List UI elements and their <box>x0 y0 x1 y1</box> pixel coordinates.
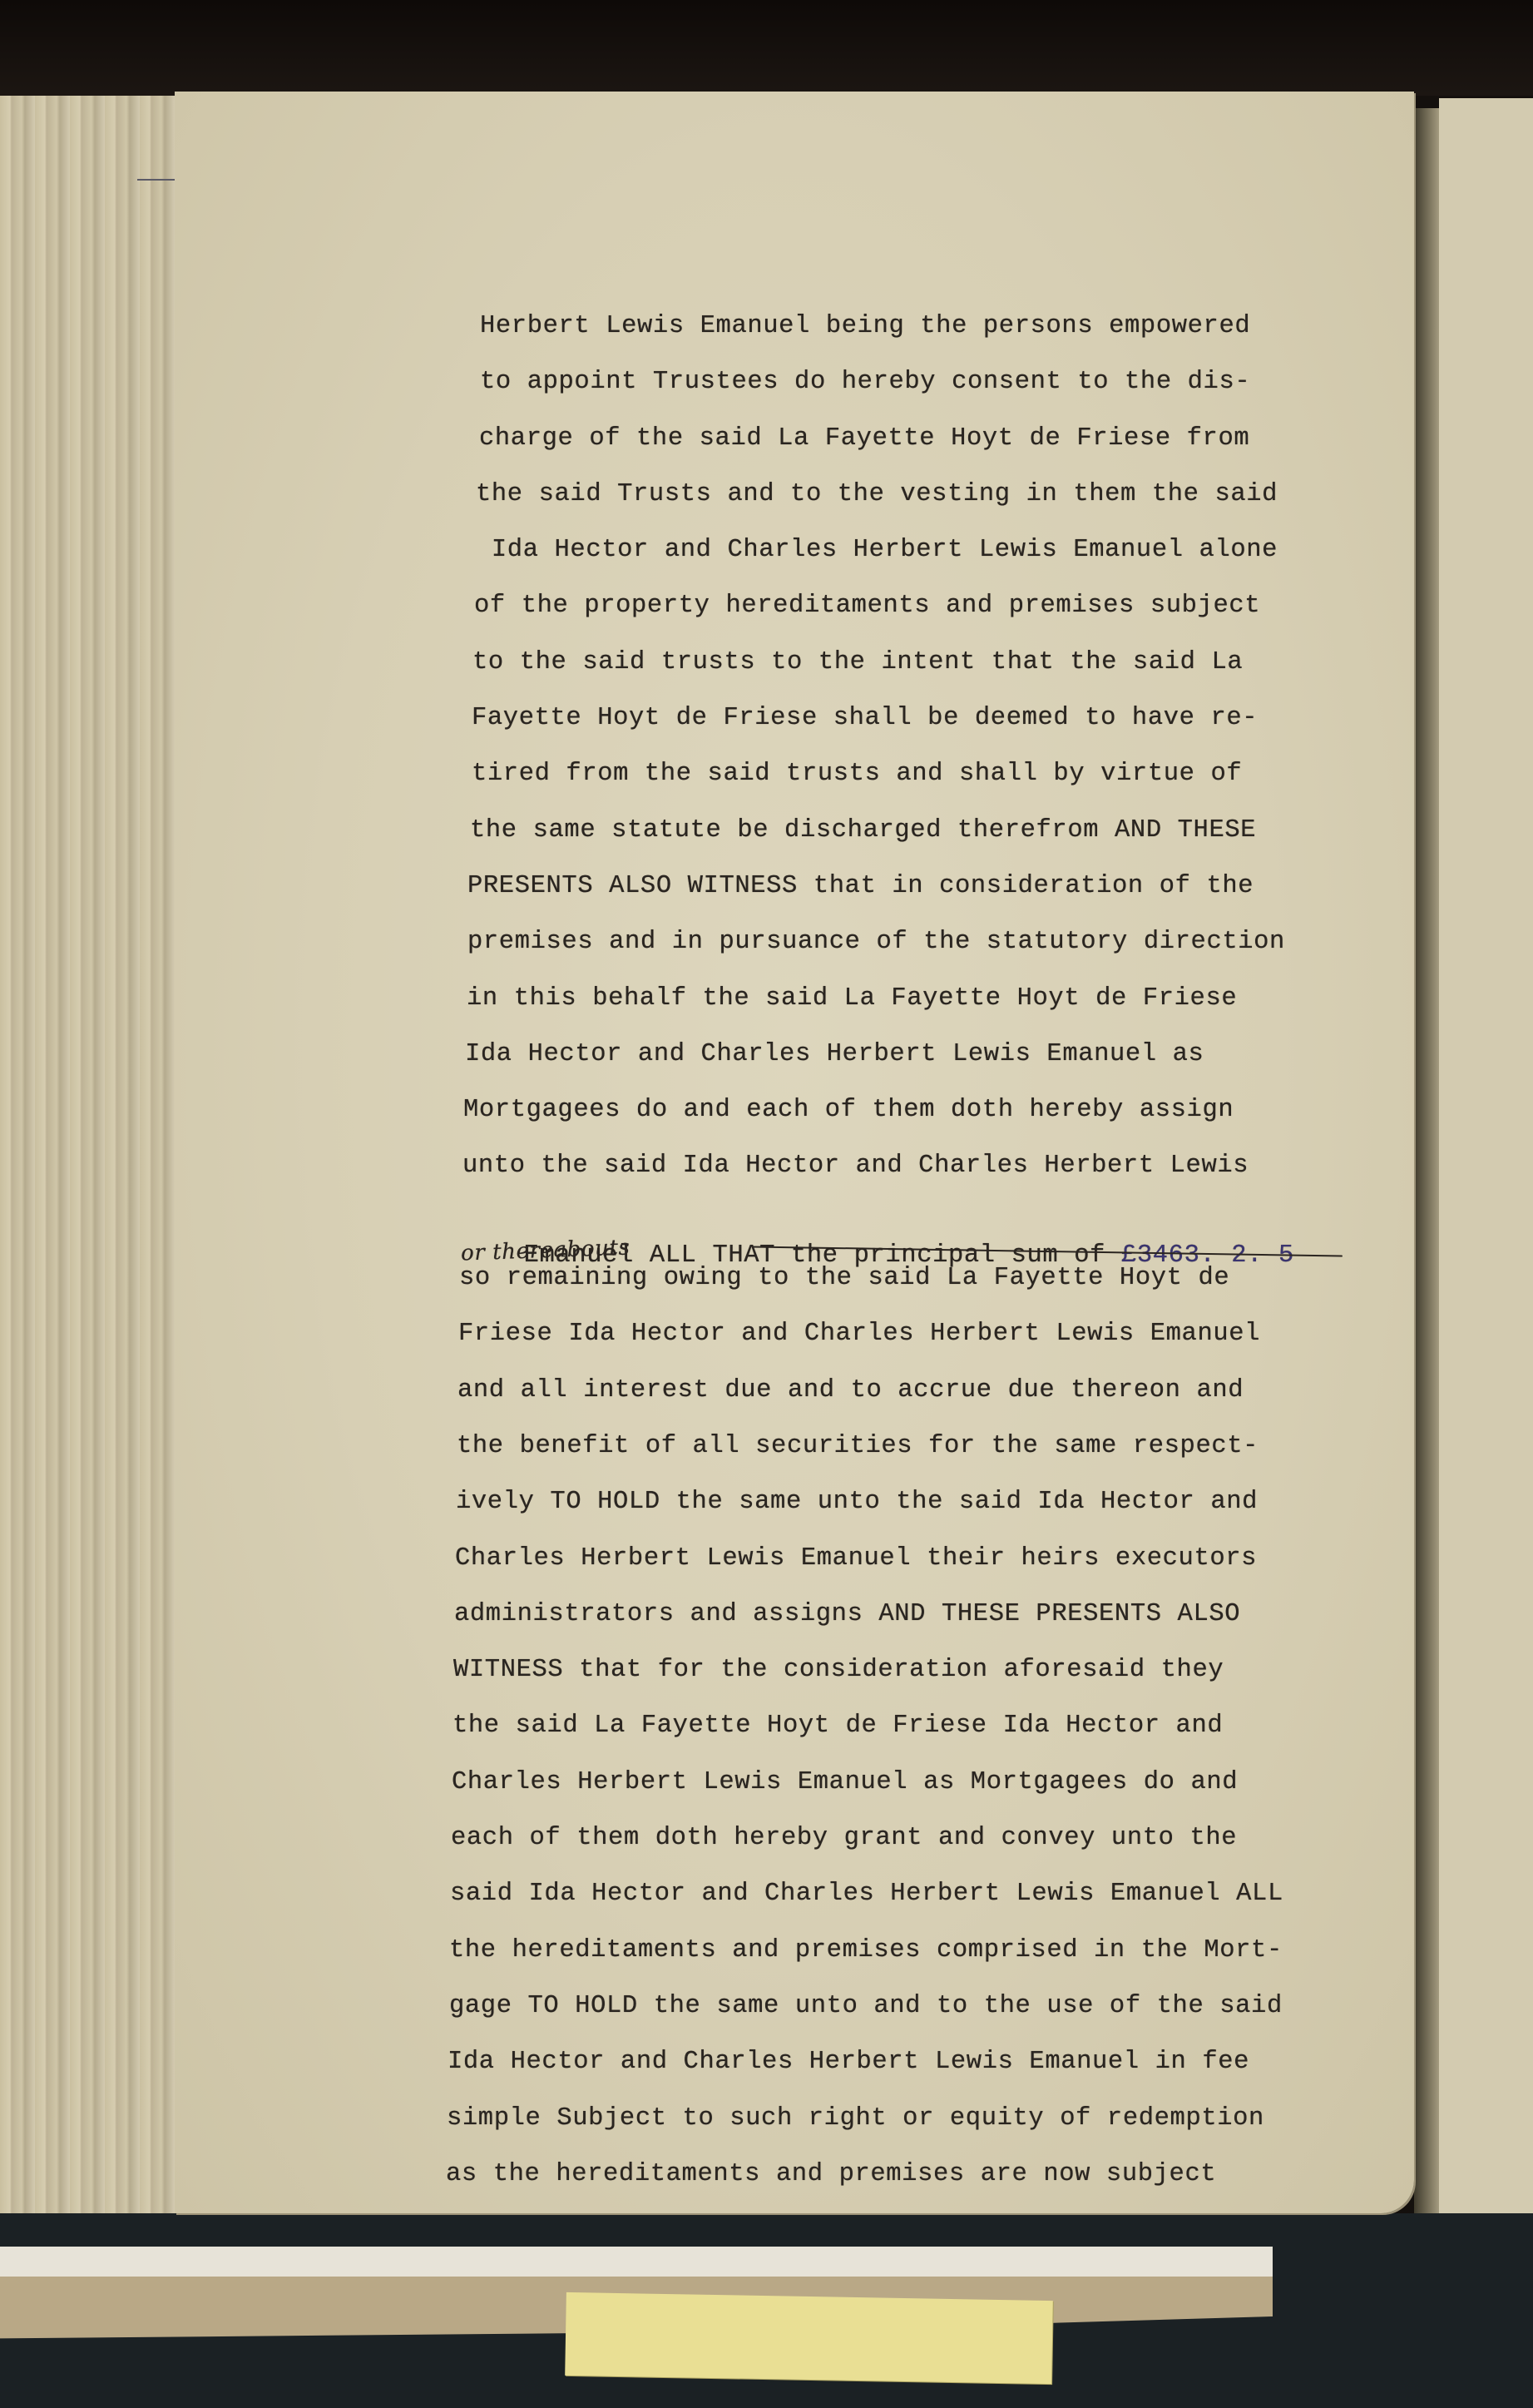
text-line: to the said trusts to the intent that th… <box>472 646 1404 701</box>
deed-text: Herbert Lewis Emanuel being the persons … <box>449 310 1381 2213</box>
pencil-annotation <box>488 235 710 315</box>
text-line: said Ida Hector and Charles Herbert Lewi… <box>450 1877 1382 1933</box>
text-line: tired from the said trusts and shall by … <box>472 757 1403 813</box>
text-line: Friese Ida Hector and Charles Herbert Le… <box>458 1317 1390 1373</box>
text-line: the same statute be discharged therefrom… <box>470 814 1402 870</box>
text-line: the hereditaments and premises comprised… <box>449 1934 1381 1989</box>
dark-backdrop <box>0 0 1533 96</box>
text-line: as the hereditaments and premises are no… <box>446 2158 1377 2213</box>
text-line: charge of the said La Fayette Hoyt de Fr… <box>479 422 1411 478</box>
text-line: premises and in pursuance of the statuto… <box>467 925 1399 981</box>
text-line: Herbert Lewis Emanuel being the persons … <box>480 310 1412 365</box>
text-line: gage TO HOLD the same unto and to the us… <box>449 1989 1381 2045</box>
text-line: Fayette Hoyt de Friese shall be deemed t… <box>472 701 1403 757</box>
text-line: to appoint Trustees do hereby consent to… <box>480 365 1412 421</box>
text-line-principal-sum: Emanuel ALL THAT the principal sum of £3… <box>461 1206 1392 1261</box>
text-line: Charles Herbert Lewis Emanuel their heir… <box>455 1542 1387 1598</box>
text-line: the benefit of all securities for the sa… <box>457 1429 1388 1485</box>
text-line: ively TO HOLD the same unto the said Ida… <box>456 1485 1387 1541</box>
text-line: the said La Fayette Hoyt de Friese Ida H… <box>452 1709 1384 1765</box>
text-line: each of them doth hereby grant and conve… <box>451 1821 1382 1877</box>
text-line: so remaining owing to the said La Fayett… <box>459 1261 1391 1317</box>
text-line: the said Trusts and to the vesting in th… <box>476 478 1407 533</box>
text-line: WITNESS that for the consideration afore… <box>453 1653 1385 1709</box>
text-line: Ida Hector and Charles Herbert Lewis Ema… <box>448 2045 1379 2101</box>
facing-page <box>1439 98 1533 2295</box>
book-gutter <box>1414 108 1439 2272</box>
text-line: Ida Hector and Charles Herbert Lewis Ema… <box>476 533 1407 589</box>
text-line: Ida Hector and Charles Herbert Lewis Ema… <box>465 1038 1397 1093</box>
text-line: and all interest due and to accrue due t… <box>457 1374 1389 1429</box>
yellow-bookmark-tab <box>565 2292 1053 2384</box>
text-line: Charles Herbert Lewis Emanuel as Mortgag… <box>452 1766 1383 1821</box>
text-line: in this behalf the said La Fayette Hoyt … <box>467 982 1398 1038</box>
text-line: simple Subject to such right or equity o… <box>447 2102 1378 2158</box>
page-stack-edges <box>0 96 178 2276</box>
text-line: unto the said Ida Hector and Charles Her… <box>462 1149 1394 1205</box>
text-line: Mortgagees do and each of them doth here… <box>463 1093 1395 1149</box>
text-line: administrators and assigns AND THESE PRE… <box>454 1598 1386 1653</box>
text-line: of the property hereditaments and premis… <box>474 589 1406 645</box>
text-line: PRESENTS ALSO WITNESS that in considerat… <box>467 870 1399 925</box>
